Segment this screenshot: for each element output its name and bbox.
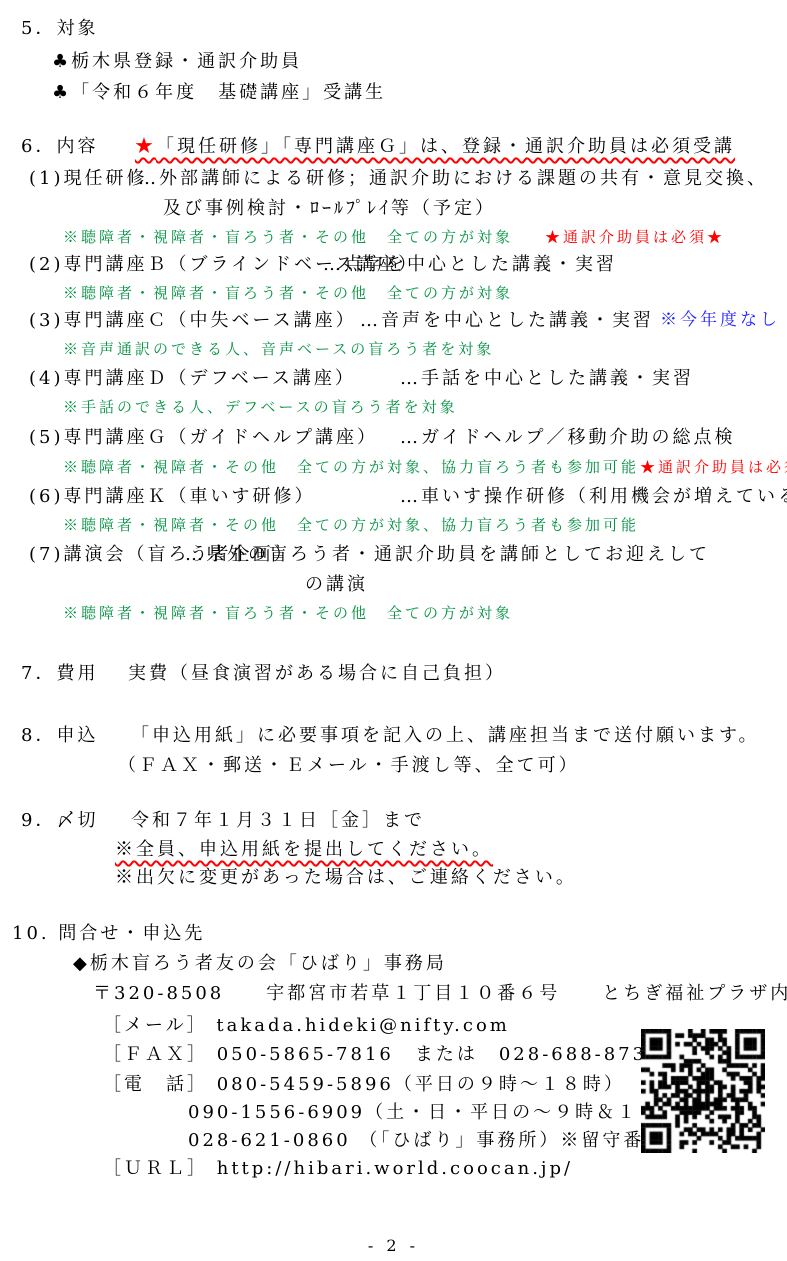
section5-item-text: 栃木県登録・通訳介助員 [71, 51, 302, 72]
course-desc: …手話を中心とした講義・実習 [400, 368, 694, 390]
section8-body: 「申込用紙」に必要事項を記入の上、講座担当まで送付願います。 [131, 725, 760, 747]
course-title: (6)専門講座Ｋ（車いす研修） [29, 486, 316, 508]
contact-fax: ［ＦＡＸ］ 050-5865-7816 または 028-688-8733 [103, 1044, 662, 1066]
section5-item-text: 「令和６年度 基礎講座」受講生 [71, 82, 386, 103]
course-desc: …音声を中心とした講義・実習 [360, 310, 654, 332]
course-desc: …点字を中心とした講義・実習 [323, 254, 617, 276]
section10-heading: 10. 問合せ・申込先 [12, 923, 205, 945]
section6-requirement: ★「現任研修」「専門講座Ｇ」は、登録・通訳介助員は必須受講 [135, 136, 735, 158]
section9-note-submit: ※全員、申込用紙を提出してください。 [115, 839, 493, 861]
course-note: ※聴障者・視障者・その他 全ての方が対象、協力盲ろう者も参加可能 [63, 458, 639, 476]
section7-heading: 7．費用 [21, 663, 98, 685]
course-desc: …車いす操作研修（利用機会が増えているため） [400, 486, 787, 508]
course-cancelled-note: ※今年度なし [660, 310, 780, 330]
section5-item: ♣栃木県登録・通訳介助員 [52, 51, 302, 73]
course-title: (3)専門講座Ｃ（中失ベース講座） [29, 310, 357, 332]
course-desc: …外部講師による研修；通訳介助における課題の共有・意見交換、 [138, 168, 768, 190]
club-bullet-icon: ♣ [52, 51, 71, 72]
section6-requirement-text: 「現任研修」「専門講座Ｇ」は、登録・通訳介助員は必須受講 [156, 136, 735, 157]
contact-phone-1: ［電 話］ 080-5459-5896（平日の９時～１８時） [103, 1074, 625, 1096]
course-required-note: ★通訳介助員は必須★ [545, 228, 725, 246]
document-page: 5．対象 ♣栃木県登録・通訳介助員 ♣「令和６年度 基礎講座」受講生 6．内容 … [0, 0, 787, 1261]
course-desc: …ガイドヘルプ／移動介助の総点検 [400, 427, 735, 449]
section5-heading: 5．対象 [21, 18, 98, 40]
section6-heading: 6．内容 [21, 136, 98, 158]
section9-deadline: 令和７年１月３１日［金］まで [131, 810, 425, 832]
course-note: ※聴障者・視障者・その他 全ての方が対象、協力盲ろう者も参加可能 [63, 516, 639, 534]
section7-body: 実費（昼食演習がある場合に自己負担） [128, 663, 506, 685]
course-required-note: ★通訳介助員は必須★ [640, 458, 787, 476]
course-note: ※聴障者・視障者・盲ろう者・その他 全ての方が対象 [63, 228, 513, 246]
course-desc-cont: の講演 [305, 574, 368, 596]
section9-heading: 9．〆切 [21, 810, 98, 832]
course-title: (1)現任研修 [29, 168, 148, 190]
course-desc-cont: 及び事例検討・ﾛｰﾙﾌﾟﾚｲ等（予定） [163, 198, 496, 220]
course-note: ※聴障者・視障者・盲ろう者・その他 全ての方が対象 [63, 604, 513, 622]
qr-code [641, 1029, 765, 1153]
course-title: (5)専門講座Ｇ（ガイドヘルプ講座） [29, 427, 378, 449]
course-note: ※聴障者・視障者・盲ろう者・その他 全ての方が対象 [63, 284, 513, 302]
section5-item: ♣「令和６年度 基礎講座」受講生 [52, 82, 386, 104]
contact-organization: ◆栃木盲ろう者友の会「ひばり」事務局 [73, 953, 447, 975]
section9-note-change: ※出欠に変更があった場合は、ご連絡ください。 [115, 867, 577, 889]
contact-address: 〒320-8508 宇都宮市若草１丁目１０番６号 とちぎ福祉プラザ内 [93, 983, 787, 1005]
section8-heading: 8．申込 [21, 725, 98, 747]
contact-email: ［メール］ takada.hideki@nifty.com [103, 1015, 510, 1037]
contact-phone-3: 028-621-0860 （「ひばり」事務所）※留守番電話可 [188, 1130, 707, 1152]
course-title: (4)専門講座Ｄ（デフベース講座） [29, 368, 356, 390]
course-note: ※音声通訳のできる人、音声ベースの盲ろう者を対象 [63, 340, 494, 358]
star-icon: ★ [135, 136, 156, 157]
course-note: ※手話のできる人、デフベースの盲ろう者を対象 [63, 398, 458, 416]
contact-url: ［ＵＲＬ］ http://hibari.world.coocan.jp/ [103, 1158, 573, 1180]
page-number: - 2 - [0, 1236, 787, 1255]
course-desc: …県外の盲ろう者・通訳介助員を講師としてお迎えして [185, 544, 710, 566]
section8-body-line2: （ＦＡＸ・郵送・Ｅメール・手渡し等、全て可） [118, 755, 580, 777]
club-bullet-icon: ♣ [52, 82, 71, 103]
